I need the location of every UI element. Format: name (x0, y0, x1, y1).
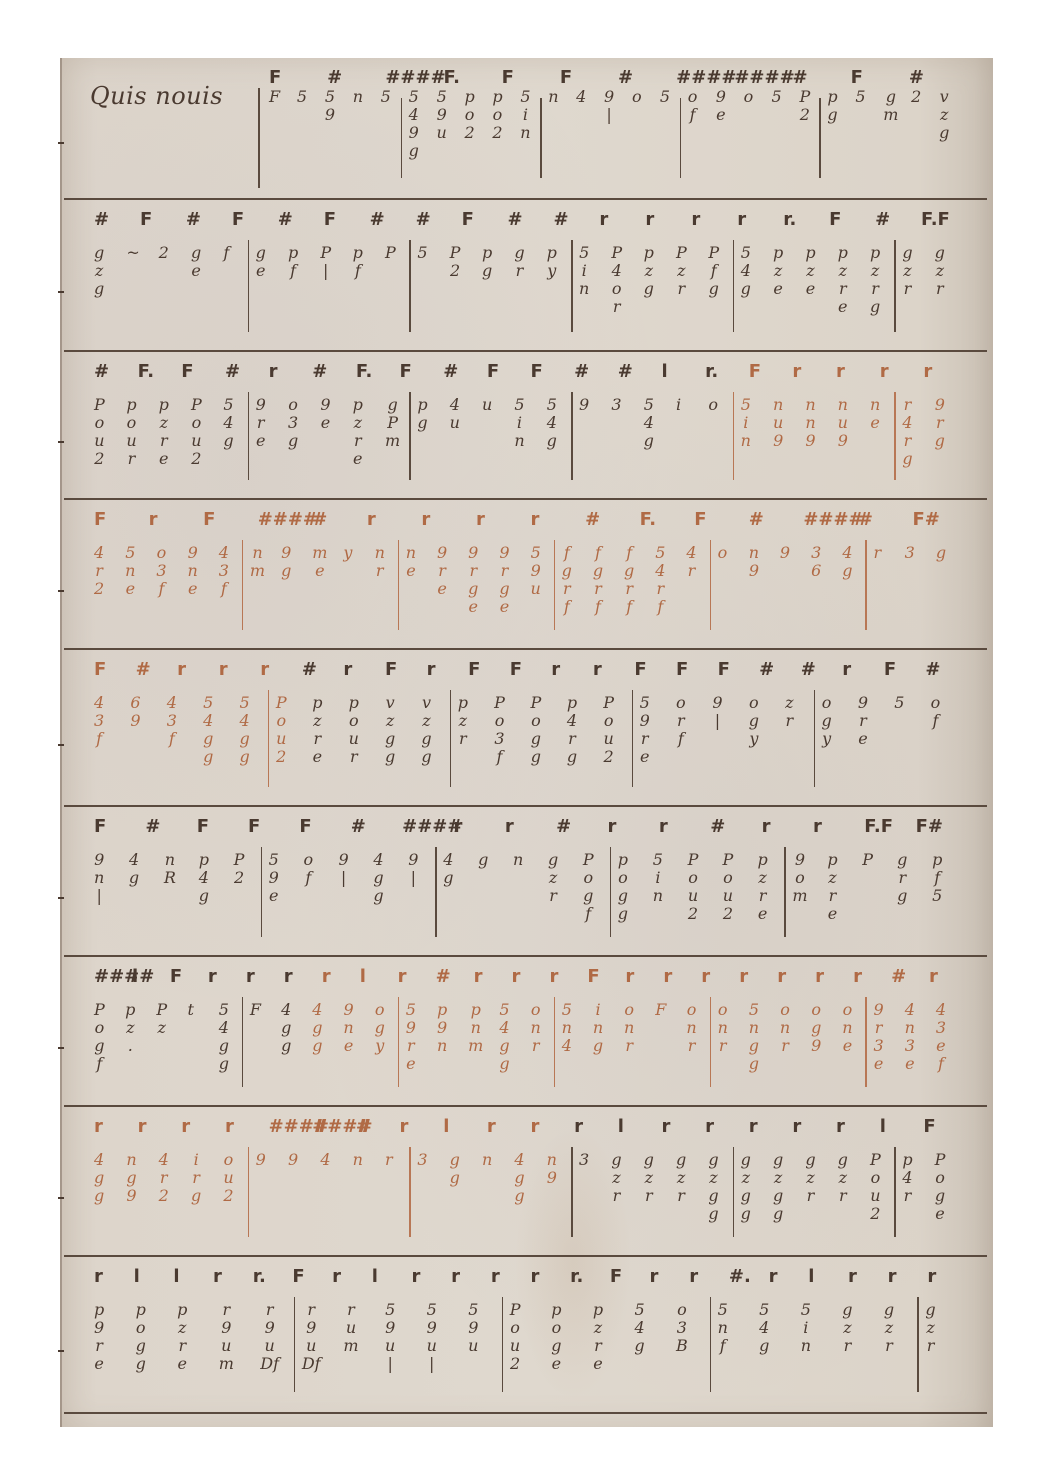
tablature-letter: 9 (604, 88, 614, 106)
tablature-letter: r (839, 1187, 847, 1205)
tablature-letter: 5 (741, 396, 751, 414)
rhythm-sign: r (608, 813, 617, 841)
tablature-letter: p (417, 396, 427, 414)
tablature-letter: 9 (130, 712, 140, 730)
rhythm-glyph: # (875, 206, 890, 234)
barline (248, 240, 250, 332)
tablature-chord: 9rge (499, 544, 509, 616)
rhythm-glyph: r (599, 206, 608, 234)
rhythm-glyph: r. (783, 206, 796, 234)
tablature-letter: z (903, 262, 911, 280)
tablature-letter: 9 (873, 1001, 883, 1019)
tablature-letter: 4 (741, 262, 751, 280)
tablature-letter: u (191, 432, 201, 450)
rhythm-sign: r (813, 813, 822, 841)
tablature-letter: g (741, 280, 751, 298)
rhythm-glyph: l (132, 963, 138, 991)
rhythm-glyph: #### (258, 506, 318, 534)
tablature-chord: o (708, 396, 718, 414)
tablature-chord: 5in (520, 88, 530, 142)
rhythm-sign: # (351, 813, 366, 841)
tablature-letter: 4 (199, 869, 209, 887)
rhythm-sign: # (553, 206, 568, 234)
tablature-chord: 4n3e (905, 1001, 915, 1073)
rhythm-sign: l (372, 1263, 378, 1291)
tablature-chord: 54gg (203, 694, 213, 766)
tablature-chord: 9e (320, 396, 330, 432)
tablature-letter: g (499, 580, 509, 598)
rhythm-sign: F.F (864, 813, 893, 841)
tablature-chord: pf (353, 244, 363, 280)
rhythm-glyph: F (94, 656, 106, 684)
tablature-letter: g (478, 851, 488, 869)
margin-notch (58, 1197, 64, 1199)
tablature-letter: u (531, 580, 541, 598)
tablature-system: #F.F#r#F.F#FF##lr.FrrrrPou2pourpzrePou25… (64, 350, 987, 500)
tablature-letter: P (723, 851, 734, 869)
margin-notch (58, 897, 64, 899)
tablature-letter: 4 (409, 106, 419, 124)
rhythm-glyph: F.F (864, 813, 893, 841)
tablature-chord: poge (551, 1301, 561, 1373)
rhythm-glyph: # (351, 813, 366, 841)
tablature-chord: Pou2 (510, 1301, 521, 1373)
tablature-letter: 9 (385, 1319, 395, 1337)
rhythm-glyph: r (574, 1113, 583, 1141)
rhythm-glyph: F (170, 963, 182, 991)
rhythm-sign: r (792, 358, 801, 386)
rhythm-glyph: r (453, 813, 462, 841)
tablature-chord: 4 (576, 88, 586, 106)
tablature-chord: gzr (842, 1301, 852, 1355)
tablature-letter: p (547, 244, 557, 262)
tablature-chord: r4rg (902, 396, 912, 468)
tablature-letter: 6 (130, 694, 140, 712)
tablature-letter: f (305, 869, 311, 887)
rhythm-sign: r (923, 358, 932, 386)
barline (865, 997, 867, 1087)
rhythm-glyph: r (650, 1263, 659, 1291)
tablature-letter: g (421, 730, 431, 748)
rhythm-glyph: r (343, 656, 352, 684)
tablature-chord: gPm (385, 396, 400, 450)
rhythm-glyph: l (808, 1263, 814, 1291)
tablature-letter: 6 (811, 562, 821, 580)
tablature-letter: g (870, 298, 880, 316)
rhythm-glyph: # (618, 64, 633, 92)
rhythm-glyph: r (332, 1263, 341, 1291)
tablature-letter: P (94, 1001, 105, 1019)
tablature-letter: 2 (450, 262, 460, 280)
tablature-letter: 4 (373, 851, 383, 869)
tablature-letter: o (136, 1319, 146, 1337)
rhythm-glyph: r (813, 813, 822, 841)
tablature-chord: o (744, 88, 754, 106)
tablature-chord: Pogf (94, 1001, 105, 1073)
tablature-letter: f (595, 598, 601, 616)
tablature-letter: o (632, 88, 642, 106)
tablature-letter: 9 (716, 88, 726, 106)
barline (248, 1147, 250, 1237)
rhythm-glyph: #### (94, 963, 154, 991)
rhythm-glyph: r (777, 963, 786, 991)
tablature-chord: 3 (417, 1151, 427, 1169)
tablature-letter: r (128, 450, 136, 468)
tablature-letter: u (265, 1337, 275, 1355)
tablature-chord: i (676, 396, 681, 414)
tablature-system: FrF#####rrrr#F.F######F#4r25neo3f9ne43fn… (64, 498, 987, 650)
rhythm-sign: l (661, 358, 667, 386)
tablature-letter: g (749, 1037, 759, 1055)
tablature-letter: 5 (417, 244, 427, 262)
tablature-chord: pzre (177, 1301, 187, 1373)
tablature-letter: p (757, 851, 767, 869)
rhythm-sign: r (599, 206, 608, 234)
tablature-letter: r (807, 1187, 815, 1205)
tablature-letter: p (126, 396, 136, 414)
tablature-letter: o (795, 869, 805, 887)
tablature-letter: r (222, 1301, 230, 1319)
tablature-letter: g (741, 1187, 751, 1205)
margin-notch (58, 142, 64, 144)
tablature-chord: f (223, 244, 229, 262)
rhythm-sign: r (574, 1113, 583, 1141)
tablature-letter: e (935, 1205, 944, 1223)
tablature-letter: o (843, 1001, 853, 1019)
tablature-chord: 549g (409, 88, 419, 160)
tablature-chord: 54g (634, 1301, 644, 1355)
rhythm-glyph: r (659, 813, 668, 841)
tablature-letter: f (564, 598, 570, 616)
tablature-chord: ing (593, 1001, 603, 1055)
rhythm-glyph: F# (912, 506, 939, 534)
tablature-chord: 54gg (499, 1001, 509, 1073)
tablature-chord: 4g (129, 851, 139, 887)
rhythm-glyph: r (400, 1113, 409, 1141)
rhythm-glyph: F (587, 963, 599, 991)
tablature-letter: g (886, 88, 896, 106)
tablature-chord: 59u| (385, 1301, 395, 1373)
tablature-letter: r (844, 1337, 852, 1355)
rhythm-glyph: # (556, 813, 571, 841)
barline (398, 540, 400, 630)
rhythm-sign: # (508, 206, 523, 234)
tablature-letter: r (904, 432, 912, 450)
tablature-letter: f (169, 730, 175, 748)
tablature-letter: z (839, 262, 847, 280)
rhythm-glyph: r (689, 1263, 698, 1291)
rhythm-glyph: F. (356, 358, 373, 386)
tablature-letter: 5 (520, 88, 530, 106)
tablature-letter: r (936, 280, 944, 298)
tablature-letter: 5 (660, 88, 670, 106)
tablature-letter: p (437, 1001, 447, 1019)
rhythm-sign: r (705, 1113, 714, 1141)
rhythm-glyph: r (411, 1263, 420, 1291)
tablature-letter: g (240, 730, 250, 748)
tablature-letter: 9 (288, 1151, 298, 1169)
tablature-letter: f (221, 580, 227, 598)
tablature-letter: 5 (468, 1301, 478, 1319)
barline (571, 240, 573, 332)
tablature-letter: | (606, 106, 611, 124)
tablature-letter: 4 (612, 262, 622, 280)
tablature-letter: o (288, 396, 298, 414)
tablature-letter: m (343, 1337, 358, 1355)
tablature-letter: P (385, 244, 396, 262)
tablature-chord: o (718, 544, 728, 562)
rhythm-glyph: r (705, 1113, 714, 1141)
tablature-letter: r (829, 887, 837, 905)
tablature-chord: r9um (219, 1301, 234, 1373)
tablature-letter: g (417, 414, 427, 432)
tablature-letter: r (266, 1301, 274, 1319)
tablature-letter: 4 (905, 1001, 915, 1019)
tablature-letter: o (677, 1301, 687, 1319)
tablature-letter: 3 (873, 1037, 883, 1055)
tablature-chord: pzre (353, 396, 363, 468)
tablature-letter: g (482, 262, 492, 280)
rhythm-sign: F (400, 358, 412, 386)
rhythm-glyph: F (232, 206, 244, 234)
rhythm-glyph: r (505, 813, 514, 841)
tablature-letter: f (290, 262, 296, 280)
tablature-letter: r (613, 298, 621, 316)
tablature-letter: r (178, 1337, 186, 1355)
tablature-letter: z (806, 262, 814, 280)
tablature-letter: g (219, 1055, 229, 1073)
tablature-chord: pg (827, 88, 837, 124)
rhythm-glyph: r (421, 506, 430, 534)
tablature-letter: r (786, 712, 794, 730)
rhythm-glyph: F (197, 813, 209, 841)
rhythm-sign: r (929, 963, 938, 991)
tablature-letter: P (94, 396, 105, 414)
tablature-letter: g (939, 124, 949, 142)
tablature-chord: 36 (811, 544, 821, 580)
tablature-letter: e (437, 580, 446, 598)
tablature-letter: z (677, 262, 685, 280)
rhythm-sign: F (560, 64, 572, 92)
rhythm-sign: r (474, 963, 483, 991)
tablature-letter: 9 (437, 544, 447, 562)
tablature-chord: 5in (741, 396, 751, 450)
tablature-letter: u (126, 432, 136, 450)
tablature-letter: o (349, 712, 359, 730)
rhythm-sign: # (618, 358, 633, 386)
tablature-chord: 9e (716, 88, 726, 124)
tablature-letter: P (234, 851, 245, 869)
tablature-letter: P (156, 1001, 167, 1019)
tablature-letter: n (741, 432, 751, 450)
tablature-letter: g (547, 432, 557, 450)
rhythm-glyph: F (502, 64, 514, 92)
rhythm-glyph: F (531, 358, 543, 386)
tablature-letter: z (843, 1319, 851, 1337)
rhythm-sign: r (343, 656, 352, 684)
tablature-chord: zr (785, 694, 793, 730)
rhythm-glyph: # (356, 1113, 371, 1141)
tablature-letter: 9 (256, 396, 266, 414)
tablature-letter: 4 (644, 414, 654, 432)
tablature-chord: 5n4 (562, 1001, 572, 1055)
tablature-letter: z (936, 262, 944, 280)
rhythm-sign: F (140, 206, 152, 234)
tablature-chord: P2 (234, 851, 245, 887)
barline (571, 1147, 573, 1237)
tablature-letter: z (386, 712, 394, 730)
tablature-chord: o3g (288, 396, 298, 450)
tablature-letter: 2 (276, 748, 286, 766)
rhythm-sign: F (829, 206, 841, 234)
tablature-letter: n (870, 396, 880, 414)
tablature-chord: o3f (156, 544, 166, 598)
tablature-letter: r (873, 544, 881, 562)
tablature-letter: g (514, 244, 524, 262)
rhythm-sign: # (618, 64, 633, 92)
rhythm-sign: F (203, 506, 215, 534)
tablature-letter: 3 (219, 562, 229, 580)
barline (632, 690, 634, 787)
tablature-letter: 9 (935, 396, 945, 414)
tablature-letter: F (269, 88, 280, 106)
tablature-letter: 9 (406, 1019, 416, 1037)
rhythm-sign: F (694, 506, 706, 534)
tablature-letter: g (773, 1205, 783, 1223)
tablature-letter: 5 (547, 396, 557, 414)
tablature-letter: o (688, 88, 698, 106)
tablature-letter: 9 (427, 1319, 437, 1337)
tablature-letter: g (773, 1187, 783, 1205)
tablature-chord: gzr (902, 244, 912, 298)
tablature-letter: g (94, 1037, 104, 1055)
tablature-letter: o (811, 1001, 821, 1019)
tablature-letter: r (678, 280, 686, 298)
tablature-letter: 5 (203, 694, 213, 712)
tablature-chord: 59u (468, 1301, 478, 1355)
barline (554, 997, 556, 1087)
tablature-letter: 2 (911, 88, 921, 106)
barline (248, 392, 250, 480)
rhythm-glyph: # (618, 358, 633, 386)
tablature-chord: 9 (579, 396, 589, 414)
tablature-letter: R (164, 869, 176, 887)
tablature-letter: i (194, 1151, 199, 1169)
tablature-chord: 9rge (468, 544, 478, 616)
rhythm-sign: # (858, 506, 873, 534)
tablature-letter: g (811, 1019, 821, 1037)
rhythm-sign: #### (803, 506, 863, 534)
tablature-letter: g (531, 748, 541, 766)
tablature-letter: n (353, 1151, 363, 1169)
tablature-letter: p (870, 244, 880, 262)
tablature-letter: u (468, 1337, 478, 1355)
tablature-letter: 4 (902, 414, 912, 432)
tablature-chord: 69 (130, 694, 140, 730)
rhythm-sign: r (663, 963, 672, 991)
tablature-letter: B (676, 1337, 688, 1355)
tablature-letter: o (192, 414, 202, 432)
tablature-letter: u (94, 432, 104, 450)
rhythm-sign: r (531, 1263, 540, 1291)
tablature-chord: po2 (492, 88, 502, 142)
tablature-letter: 9 (811, 1037, 821, 1055)
barline (571, 392, 573, 480)
tablature-chord: nm (250, 544, 265, 580)
tablature-letter: e (469, 598, 478, 616)
tablature-letter: o (749, 694, 759, 712)
tablature-letter: r (904, 396, 912, 414)
tablature-chord: 5in (514, 396, 524, 450)
tablature-letter: e (188, 580, 197, 598)
barline (409, 392, 411, 480)
tablature-letter: g (708, 1151, 718, 1169)
tablature-chord: 2 (159, 244, 169, 262)
tablature-letter: n (343, 1019, 353, 1037)
tablature-chord: po2 (464, 88, 474, 142)
tablature-chord: nu9 (838, 396, 848, 450)
tablature-letter: 4 (562, 1037, 572, 1055)
tablature-chord: Pou2 (603, 694, 614, 766)
tablature-letter: m (468, 1037, 483, 1055)
tablature-letter: g (373, 887, 383, 905)
tablature-letter: z (785, 694, 793, 712)
tablature-letter: z (95, 262, 103, 280)
tablature-letter: y (375, 1037, 384, 1055)
tablature-letter: n (514, 432, 524, 450)
tablature-chord: 4gg (94, 1151, 104, 1205)
tablature-letter: o (618, 869, 628, 887)
tablature-letter: r (613, 1187, 621, 1205)
rhythm-glyph: r (549, 963, 558, 991)
rhythm-glyph: # (574, 358, 589, 386)
tablature-letter: e (256, 432, 265, 450)
rhythm-sign: r (246, 963, 255, 991)
tablature-letter: 5 (297, 88, 307, 106)
tablature-chord: og9 (811, 1001, 821, 1055)
tablature-chord: pzre (838, 244, 848, 316)
rhythm-glyph: F (718, 656, 730, 684)
tablature-chord: 9 (288, 1151, 298, 1169)
tablature-letter: 9 (94, 851, 104, 869)
tablature-chord: onr (531, 1001, 541, 1055)
rhythm-glyph: r (367, 506, 376, 534)
rhythm-glyph: F (462, 206, 474, 234)
rhythm-sign: r (411, 1263, 420, 1291)
rhythm-sign: r (625, 963, 634, 991)
tablature-letter: g (708, 1205, 718, 1223)
rhythm-sign: F (292, 1263, 304, 1291)
tablature-letter: P (603, 694, 614, 712)
tablature-letter: 2 (191, 450, 201, 468)
tablature-letter: e (178, 1355, 187, 1373)
rhythm-glyph: # (416, 206, 431, 234)
tablature-letter: p (827, 851, 837, 869)
tablature-letter: i (676, 396, 681, 414)
tablature-chord: P (385, 244, 396, 262)
tablature-letter: e (321, 414, 330, 432)
tablature-letter: n (838, 396, 848, 414)
tablature-letter: u (603, 730, 613, 748)
tablature-letter: 9 (499, 544, 509, 562)
barline (917, 1297, 919, 1392)
rhythm-sign: l (443, 1113, 449, 1141)
tablature-chord: 4gg (373, 851, 383, 905)
tablature-letter: 5 (772, 88, 782, 106)
tablature-letter: n (593, 1019, 603, 1037)
rhythm-sign: r (260, 656, 269, 684)
tablature-chord: fgrf (624, 544, 634, 616)
